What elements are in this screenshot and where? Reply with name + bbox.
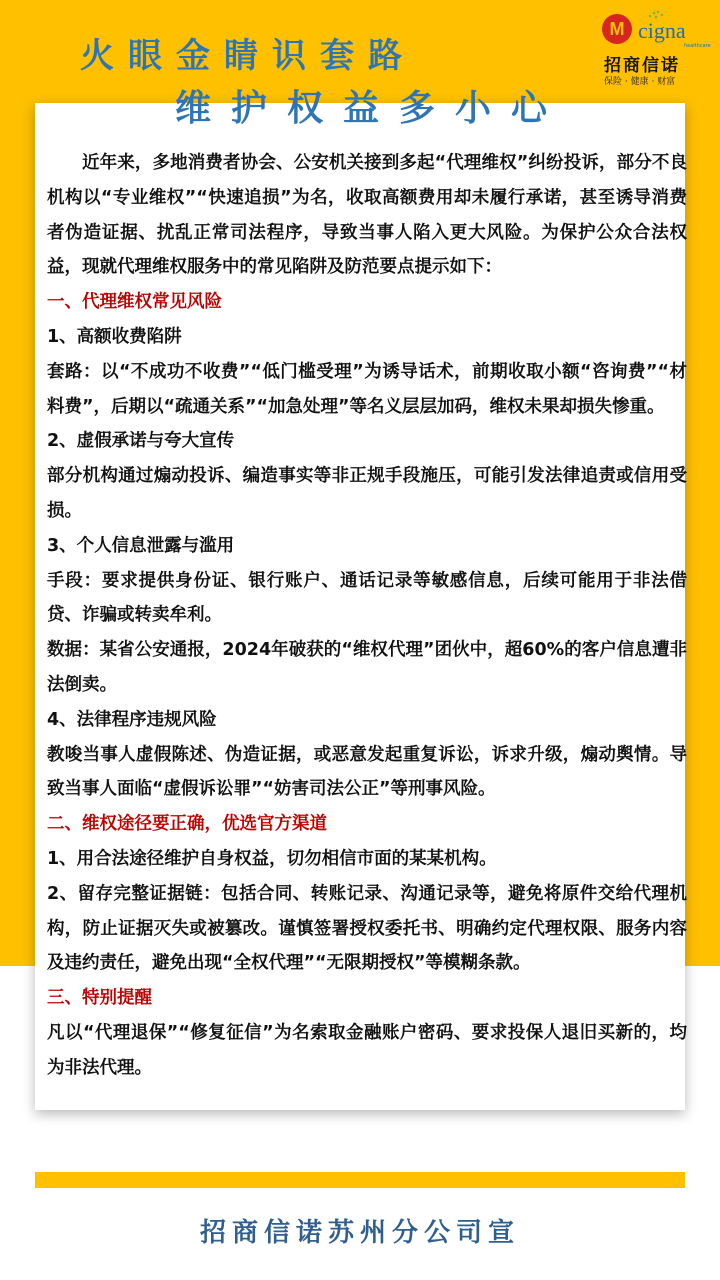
section-3-heading: 三、特别提醒 — [47, 981, 687, 1016]
title-line-2: 维护权益多小心 — [175, 80, 567, 131]
healthcare-wordmark: healthcare — [684, 43, 711, 49]
brand-slogan: 保险 · 健康 · 财富 — [604, 74, 675, 87]
item-1-text: 套路：以“不成功不收费”“低门槛受理”为诱导话术，前期收取小额“咨询费”“材料费… — [47, 355, 687, 425]
title-line-1: 火眼金睛识套路 — [80, 28, 416, 77]
cmb-logo-icon: M — [602, 14, 632, 44]
item-4-title: 4、法律程序违规风险 — [47, 703, 687, 738]
intro-paragraph: 近年来，多地消费者协会、公安机关接到多起“代理维权”纠纷投诉，部分不良机构以“专… — [47, 146, 687, 285]
item-4-text: 教唆当事人虚假陈述、伪造证据，或恶意发起重复诉讼，诉求升级，煽动舆情。导致当事人… — [47, 738, 687, 808]
section-2-item-2: 2、留存完整证据链：包括合同、转账记录、沟通记录等，避免将原件交给代理机构，防止… — [47, 877, 687, 981]
section-2-heading: 二、维权途径要正确，优选官方渠道 — [47, 807, 687, 842]
item-1-title: 1、高额收费陷阱 — [47, 320, 687, 355]
brand-name-cn: 招商信诺 — [604, 51, 680, 76]
item-2-text: 部分机构通过煽动投诉、编造事实等非正规手段施压，可能引发法律追责或信用受损。 — [47, 459, 687, 529]
item-3-title: 3、个人信息泄露与滥用 — [47, 529, 687, 564]
article-body: 近年来，多地消费者协会、公安机关接到多起“代理维权”纠纷投诉，部分不良机构以“专… — [47, 146, 687, 1086]
section-3-text: 凡以“代理退保”“修复征信”为名索取金融账户密码、要求投保人退旧买新的，均为非法… — [47, 1016, 687, 1086]
item-2-title: 2、虚假承诺与夸大宣传 — [47, 424, 687, 459]
section-1-heading: 一、代理维权常见风险 — [47, 285, 687, 320]
cigna-wordmark: cigna — [638, 18, 686, 44]
logo-mark: M — [610, 19, 625, 40]
section-2-item-1: 1、用合法途径维护自身权益，切勿相信市面的某某机构。 — [47, 842, 687, 877]
item-3-text-means: 手段：要求提供身份证、银行账户、通话记录等敏感信息，后续可能用于非法借贷、诈骗或… — [47, 564, 687, 634]
footer-credit: 招商信诺苏州分公司宣 — [0, 1212, 720, 1249]
brand-logo: M cigna healthcare 招商信诺 保险 · 健康 · 财富 — [598, 8, 720, 88]
item-3-text-data: 数据：某省公安通报，2024年破获的“维权代理”团伙中，超60%的客户信息遭非法… — [47, 633, 687, 703]
yellow-divider-bar — [35, 1172, 685, 1188]
